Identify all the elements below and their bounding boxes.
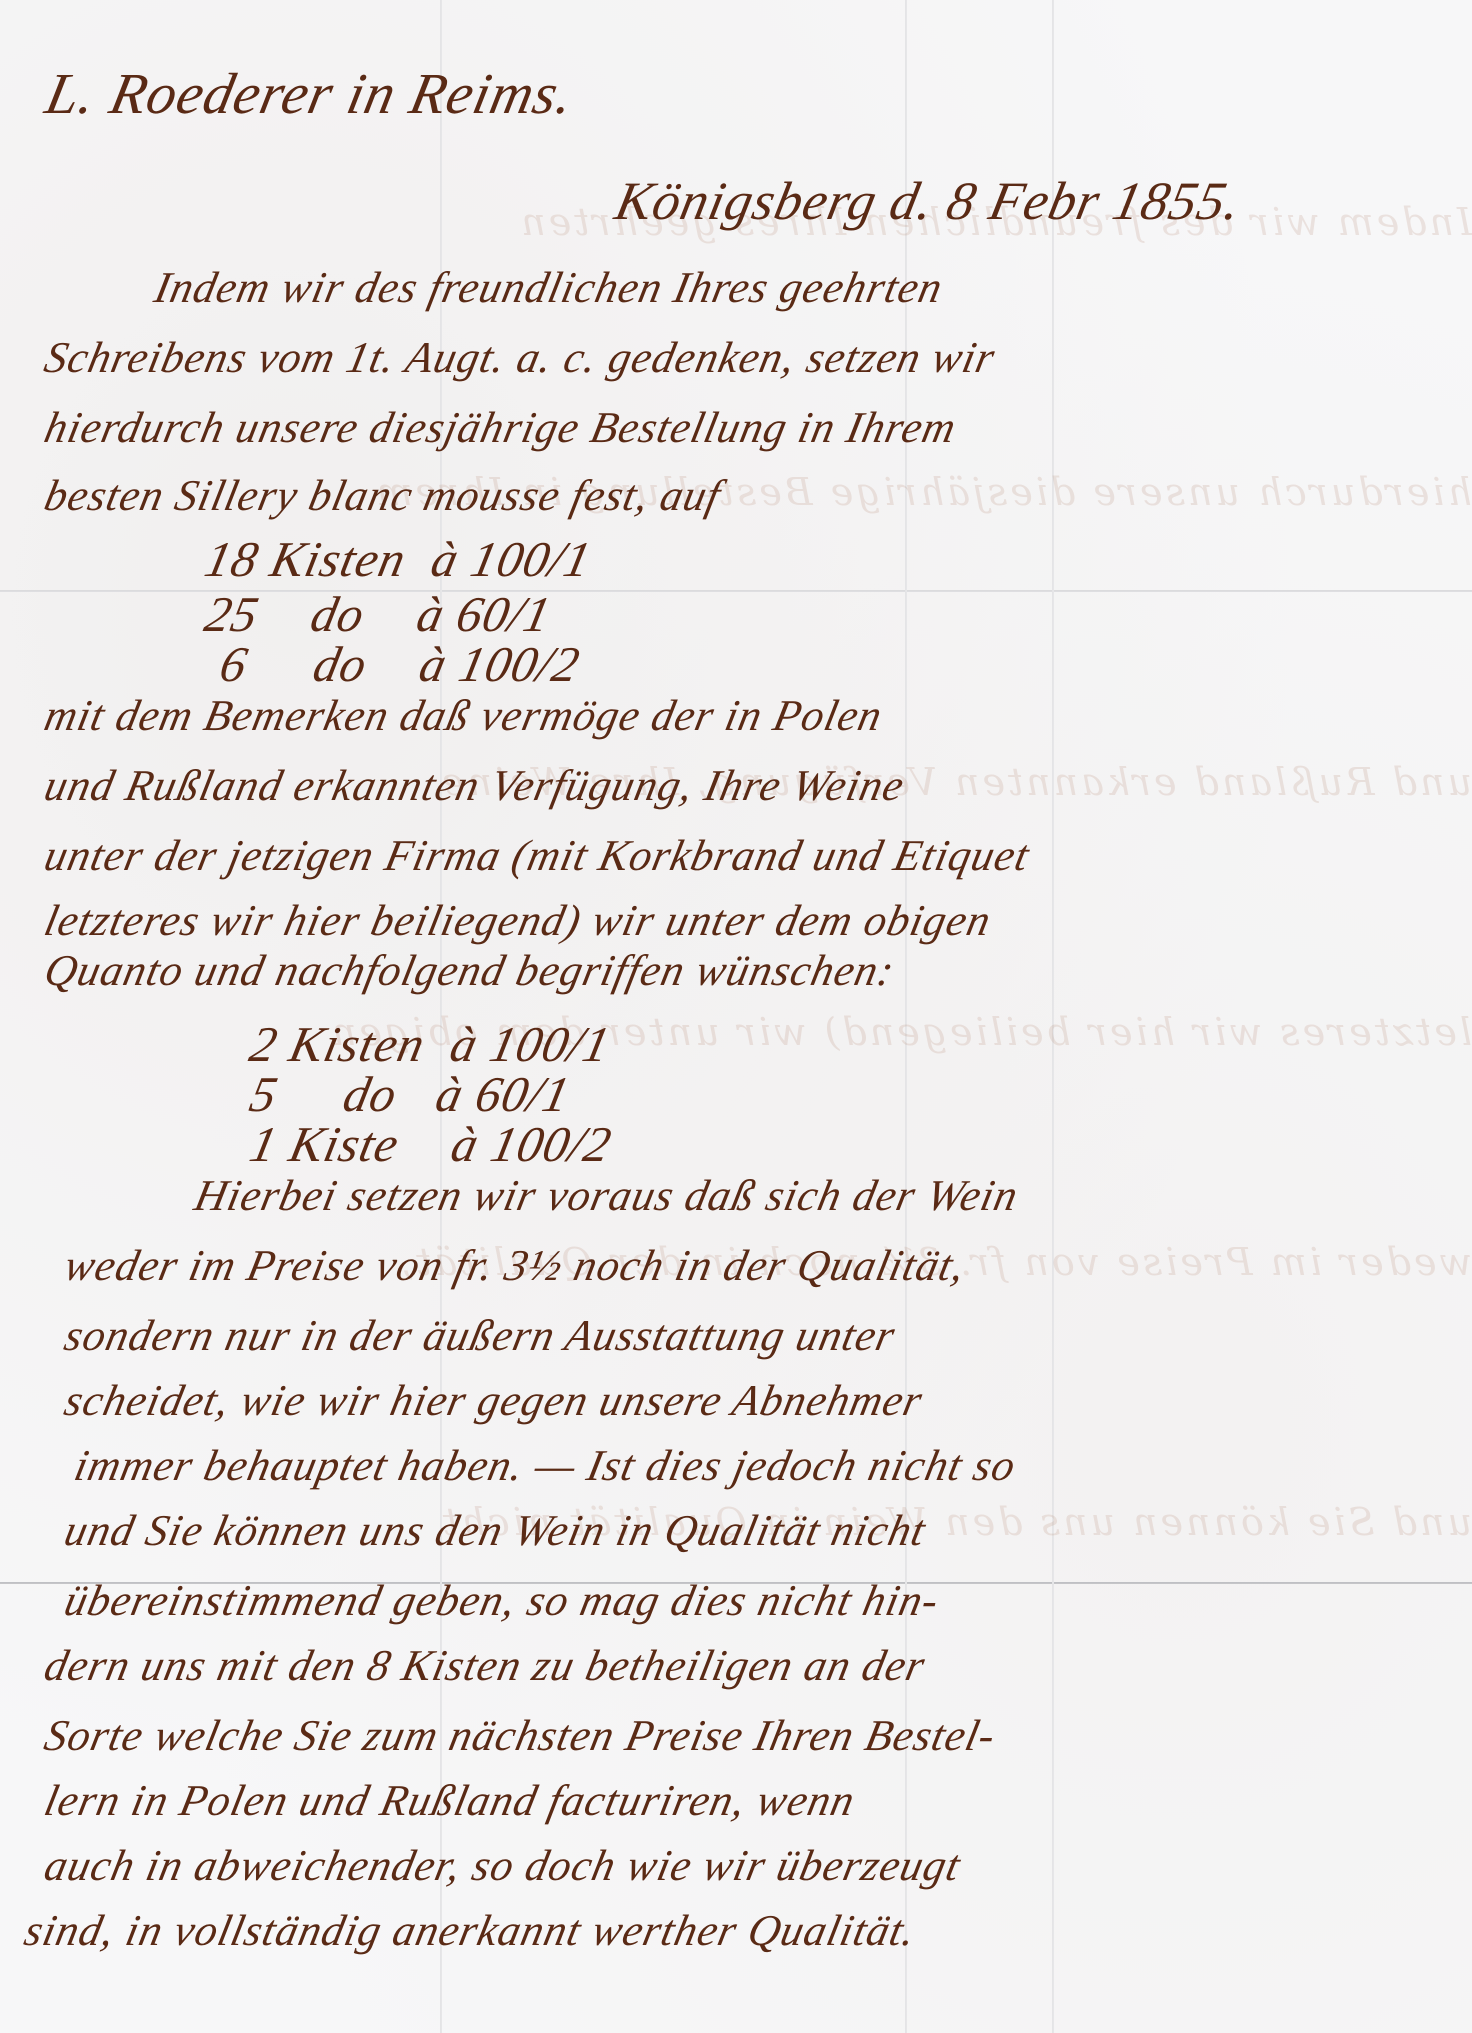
letter-line: und Rußland erkannten Verfügung, Ihre We… — [40, 760, 909, 811]
order-row: 18 Kisten à 100/1 — [200, 530, 597, 588]
letter-line: Hierbei setzen wir voraus daß sich der W… — [190, 1170, 1023, 1221]
letter-line: sind, in vollständig anerkannt werther Q… — [20, 1905, 921, 1956]
letter-line: unter der jetzigen Firma (mit Korkbrand … — [40, 830, 1034, 881]
letter-line: Quanto und nachfolgend begriffen wünsche… — [40, 945, 899, 996]
order-row: 1 Kiste à 100/2 — [245, 1115, 617, 1173]
letter-line: lern in Polen und Rußland facturiren, we… — [40, 1775, 860, 1826]
bleed-through-text: letzteres wir hier beiliegend) wir unter… — [0, 1010, 1472, 1054]
letter-line: Schreibens vom 1t. Augt. a. c. gedenken,… — [40, 332, 1000, 383]
letter-line: sondern nur in der äußern Ausstattung un… — [60, 1310, 900, 1361]
letter-line: Indem wir des freundlichen Ihres geehrte… — [150, 262, 948, 313]
order-row: 6 do à 100/2 — [215, 635, 585, 693]
letter-line: übereinstimmend geben, so mag dies nicht… — [60, 1575, 944, 1626]
letter-line: dern uns mit den 8 Kisten zu betheiligen… — [40, 1640, 930, 1691]
letter-line: mit dem Bemerken daß vermöge der in Pole… — [40, 690, 887, 741]
letter-line: auch in abweichender, so doch wie wir üb… — [40, 1840, 966, 1891]
letter-line: weder im Preise von fr. 3½ noch in der Q… — [60, 1240, 970, 1291]
addressee: L. Roederer in Reims. — [40, 60, 581, 127]
letter-line: hierdurch unsere diesjährige Bestellung … — [40, 402, 961, 453]
letter-line: scheidet, wie wir hier gegen unsere Abne… — [60, 1375, 927, 1426]
letter-line: letzteres wir hier beiliegend) wir unter… — [40, 895, 996, 946]
letter-line: Sorte welche Sie zum nächsten Preise Ihr… — [40, 1710, 1001, 1761]
dateline: Königsberg d. 8 Febr 1855. — [610, 170, 1247, 232]
letter-line: besten Sillery blanc mousse fest, auf — [40, 470, 726, 521]
letter-line: immer behauptet haben. — Ist dies jedoch… — [70, 1440, 1021, 1491]
letter-line: und Sie können uns den Wein in Qualität … — [60, 1505, 931, 1556]
